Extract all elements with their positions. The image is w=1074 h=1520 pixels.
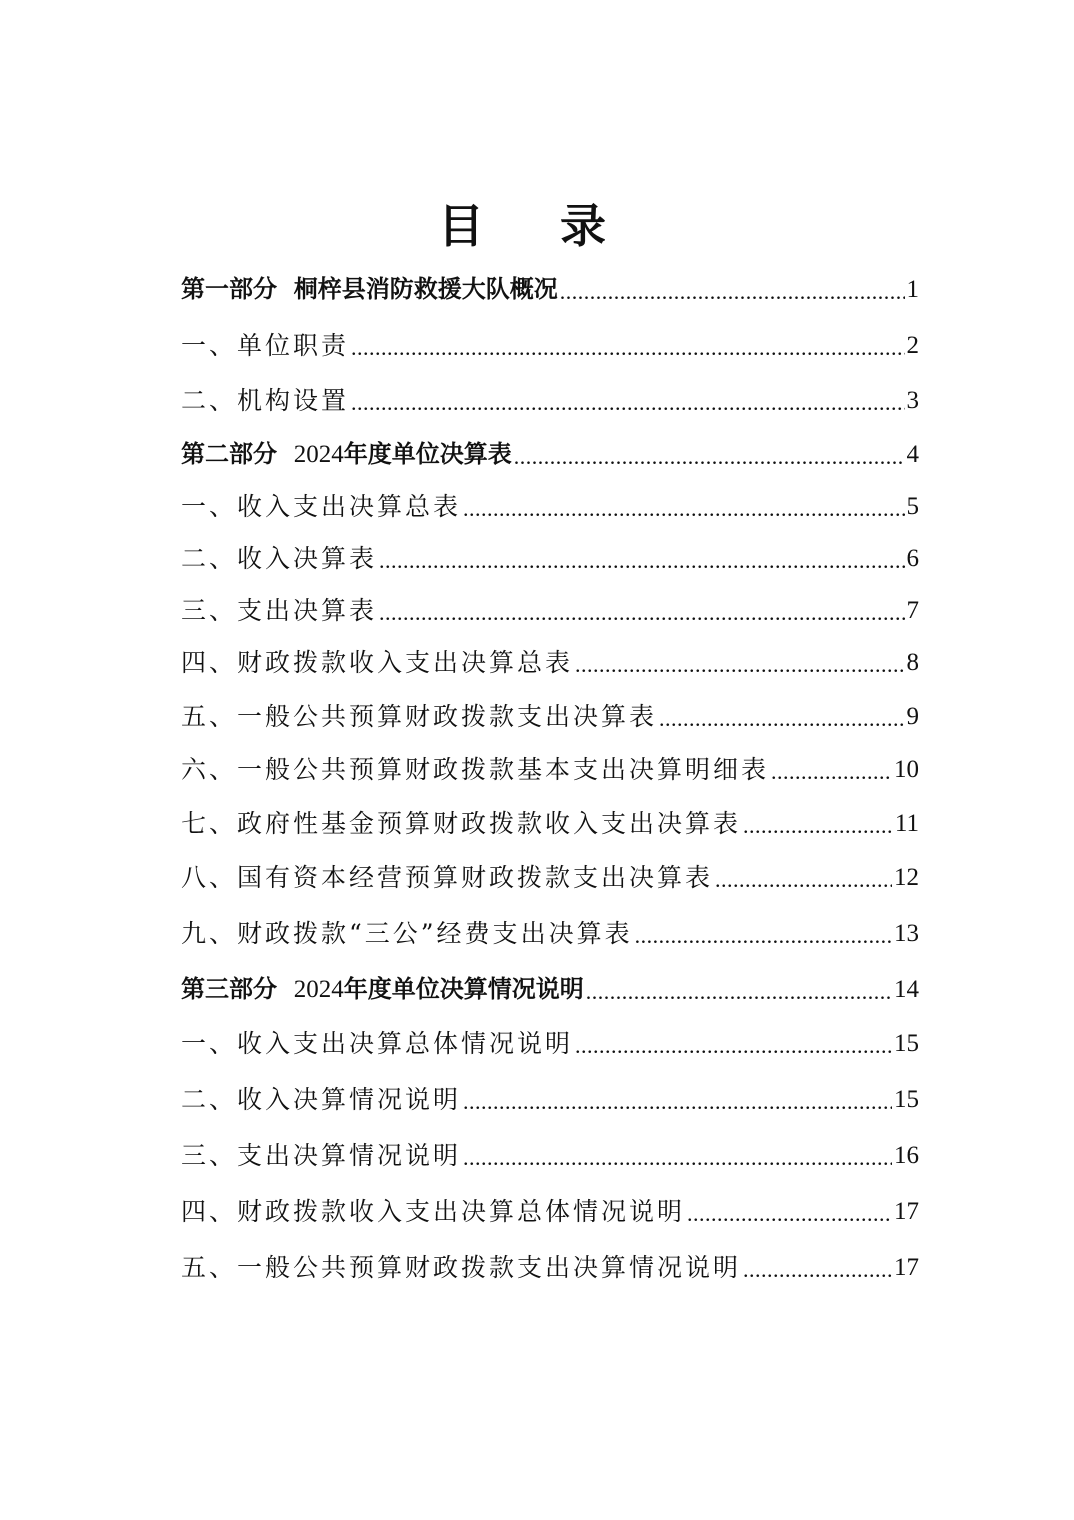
dot-leader: ........................................…: [771, 758, 892, 786]
part-suffix: 年度单位决算表: [344, 440, 512, 468]
toc-page-number: 5: [907, 491, 920, 523]
toc-section-entry[interactable]: 八、国有资本经营预算财政拨款支出决算表.....................…: [181, 854, 919, 894]
dot-leader: ........................................…: [575, 1032, 892, 1060]
toc-page-number: 15: [894, 1084, 919, 1116]
dot-leader: ........................................…: [463, 1144, 892, 1172]
toc-page-number: 2: [907, 330, 920, 362]
toc-entry-label: 第二部分 2024年度单位决算表: [181, 438, 512, 471]
dot-leader: ........................................…: [351, 389, 904, 417]
toc-entry-label: 五、一般公共预算财政拨款支出决算情况说明: [181, 1252, 741, 1284]
toc-entry-label: 一、收入支出决算总体情况说明: [181, 1028, 573, 1060]
toc-page-number: 12: [894, 862, 919, 894]
dot-leader: ........................................…: [379, 547, 904, 575]
toc-entry-label: 七、政府性基金预算财政拨款收入支出决算表: [181, 808, 741, 840]
toc-entry-label: 第一部分 桐梓县消防救援大队概况: [181, 273, 558, 306]
toc-entry-label: 三、支出决算表: [181, 595, 377, 627]
toc-section-entry[interactable]: 九、财政拨款“三公”经费支出决算表.......................…: [181, 910, 919, 950]
toc-page-number: 17: [894, 1196, 919, 1228]
toc-section-entry[interactable]: 二、收入决算情况说明..............................…: [181, 1076, 919, 1116]
toc-entry-label: 三、支出决算情况说明: [181, 1140, 461, 1172]
toc-part-entry[interactable]: 第二部分 2024年度单位决算表........................…: [181, 431, 919, 471]
part-suffix: 年度单位决算情况说明: [344, 975, 584, 1003]
toc-page-number: 15: [894, 1028, 919, 1060]
toc-part-entry[interactable]: 第三部分 2024年度单位决算情况说明.....................…: [181, 966, 919, 1006]
toc-page-number: 7: [907, 595, 920, 627]
toc-page-number: 16: [894, 1140, 919, 1172]
toc-entry-label: 九、财政拨款“三公”经费支出决算表: [181, 918, 633, 950]
part-prefix: 第三部分: [181, 975, 294, 1003]
toc-part-entry[interactable]: 第一部分 桐梓县消防救援大队概况........................…: [181, 266, 919, 306]
toc-entry-label: 一、收入支出决算总表: [181, 491, 461, 523]
dot-leader: ........................................…: [463, 495, 904, 523]
dot-leader: ........................................…: [687, 1200, 892, 1228]
toc-page-number: 8: [907, 647, 920, 679]
dot-leader: ........................................…: [715, 866, 892, 894]
toc-section-entry[interactable]: 二、机构设置..................................…: [181, 377, 919, 417]
part-year: 2024: [294, 976, 344, 1003]
toc-entry-label: 二、收入决算情况说明: [181, 1084, 461, 1116]
dot-leader: ........................................…: [560, 278, 905, 306]
toc-page-number: 13: [894, 918, 919, 950]
dot-leader: ........................................…: [659, 705, 904, 733]
part-prefix: 第一部分 桐梓县消防救援大队概况: [181, 275, 558, 303]
toc-section-entry[interactable]: 七、政府性基金预算财政拨款收入支出决算表....................…: [181, 800, 919, 840]
toc-entry-label: 八、国有资本经营预算财政拨款支出决算表: [181, 862, 713, 894]
toc-title: 目 录: [0, 196, 1074, 256]
dot-leader: ........................................…: [743, 1256, 892, 1284]
toc-section-entry[interactable]: 六、一般公共预算财政拨款基本支出决算明细表...................…: [181, 746, 919, 786]
toc-section-entry[interactable]: 一、收入支出决算总表..............................…: [181, 483, 919, 523]
dot-leader: ........................................…: [575, 651, 904, 679]
toc-entry-label: 六、一般公共预算财政拨款基本支出决算明细表: [181, 754, 769, 786]
toc-page-number: 11: [895, 808, 919, 840]
dot-leader: ........................................…: [635, 922, 892, 950]
toc-section-entry[interactable]: 一、单位职责..................................…: [181, 322, 919, 362]
toc-page-number: 3: [907, 385, 920, 417]
toc-section-entry[interactable]: 五、一般公共预算财政拨款支出决算表.......................…: [181, 693, 919, 733]
toc-entry-label: 一、单位职责: [181, 330, 349, 362]
toc-section-entry[interactable]: 三、支出决算表.................................…: [181, 587, 919, 627]
toc-page-number: 4: [907, 439, 920, 471]
toc-page-number: 17: [894, 1252, 919, 1284]
toc-section-entry[interactable]: 四、财政拨款收入支出决算总体情况说明......................…: [181, 1188, 919, 1228]
dot-leader: ........................................…: [463, 1088, 892, 1116]
toc-entry-label: 四、财政拨款收入支出决算总体情况说明: [181, 1196, 685, 1228]
toc-entry-label: 二、收入决算表: [181, 543, 377, 575]
toc-entry-label: 第三部分 2024年度单位决算情况说明: [181, 973, 584, 1006]
dot-leader: ........................................…: [514, 443, 905, 471]
toc-entry-label: 二、机构设置: [181, 385, 349, 417]
toc-page-number: 9: [907, 701, 920, 733]
toc-section-entry[interactable]: 一、收入支出决算总体情况说明..........................…: [181, 1020, 919, 1060]
toc-section-entry[interactable]: 二、收入决算表.................................…: [181, 535, 919, 575]
toc-page-number: 14: [894, 974, 919, 1006]
toc-entry-label: 四、财政拨款收入支出决算总表: [181, 647, 573, 679]
part-year: 2024: [294, 441, 344, 468]
toc-page-number: 1: [907, 274, 920, 306]
toc-section-entry[interactable]: 五、一般公共预算财政拨款支出决算情况说明....................…: [181, 1244, 919, 1284]
dot-leader: ........................................…: [351, 334, 904, 362]
toc-section-entry[interactable]: 三、支出决算情况说明..............................…: [181, 1132, 919, 1172]
dot-leader: ........................................…: [586, 978, 892, 1006]
toc-section-entry[interactable]: 四、财政拨款收入支出决算总表..........................…: [181, 639, 919, 679]
dot-leader: ........................................…: [379, 599, 904, 627]
toc-entry-label: 五、一般公共预算财政拨款支出决算表: [181, 701, 657, 733]
toc-page-number: 10: [894, 754, 919, 786]
toc-page-number: 6: [907, 543, 920, 575]
dot-leader: ........................................…: [743, 812, 893, 840]
part-prefix: 第二部分: [181, 440, 294, 468]
